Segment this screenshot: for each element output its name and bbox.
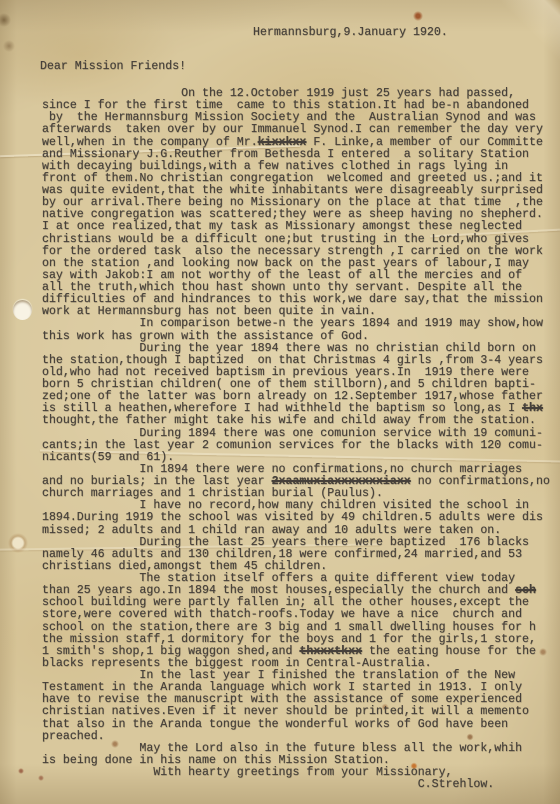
punch-hole	[13, 300, 32, 320]
letter-line: In comparison betwe-n the years 1894 and…	[42, 318, 554, 330]
letter-line: C.Strehlow.	[42, 779, 554, 791]
struck-out-text: kixxkxx	[258, 136, 307, 149]
letter-line: During the year 1894 there was no christ…	[42, 343, 554, 355]
letter-line: I at once realized,that my task as Missi…	[42, 221, 554, 233]
dateline: Hermannsburg,9.January 1920.	[253, 27, 448, 39]
letter-line: 1894.During 1919 the school was visited …	[42, 512, 554, 524]
letter-page: Hermannsburg,9.January 1920. Dear Missio…	[0, 0, 560, 804]
letter-line: the mission staff,1 dormitory for the bo…	[42, 634, 554, 646]
letter-line: well,when in the company of Mr.kixxkxx F…	[42, 137, 554, 149]
letter-line: that also in the Aranda tongue the wonde…	[42, 719, 554, 731]
letter-line: christian natives.Even if it never shoul…	[42, 706, 554, 718]
salutation: Dear Mission Friends!	[40, 61, 186, 73]
letter-line: During 1894 there was one comunion servi…	[42, 428, 554, 440]
letter-line: christians would be a difficult one;but …	[42, 234, 554, 246]
letter-line: this work has grown with the assistance …	[42, 331, 554, 343]
letter-line: missed; 2 adults and 1 child ran away an…	[42, 525, 554, 537]
letter-line: During the last 25 years there were bapt…	[42, 537, 554, 549]
letter-line: thought,the father might take his wife a…	[42, 415, 554, 427]
letter-line: for the ordered task also the necessary …	[42, 246, 554, 258]
letter-line: store,were covered with thatch-roofs.Tod…	[42, 609, 554, 621]
letter-line: preached.	[42, 731, 554, 743]
letter-body: On the 12.October 1919 just 25 years had…	[42, 88, 554, 791]
letter-line: cants;in the last year 2 comunion servic…	[42, 440, 554, 452]
letter-line: school on the station,there are 3 big an…	[42, 622, 554, 634]
letter-line: and Missionary J.G.Reuther from Bethesda…	[42, 149, 554, 161]
struck-out-text: thxxxtkxx	[299, 645, 362, 658]
corner-fold	[480, 0, 560, 98]
